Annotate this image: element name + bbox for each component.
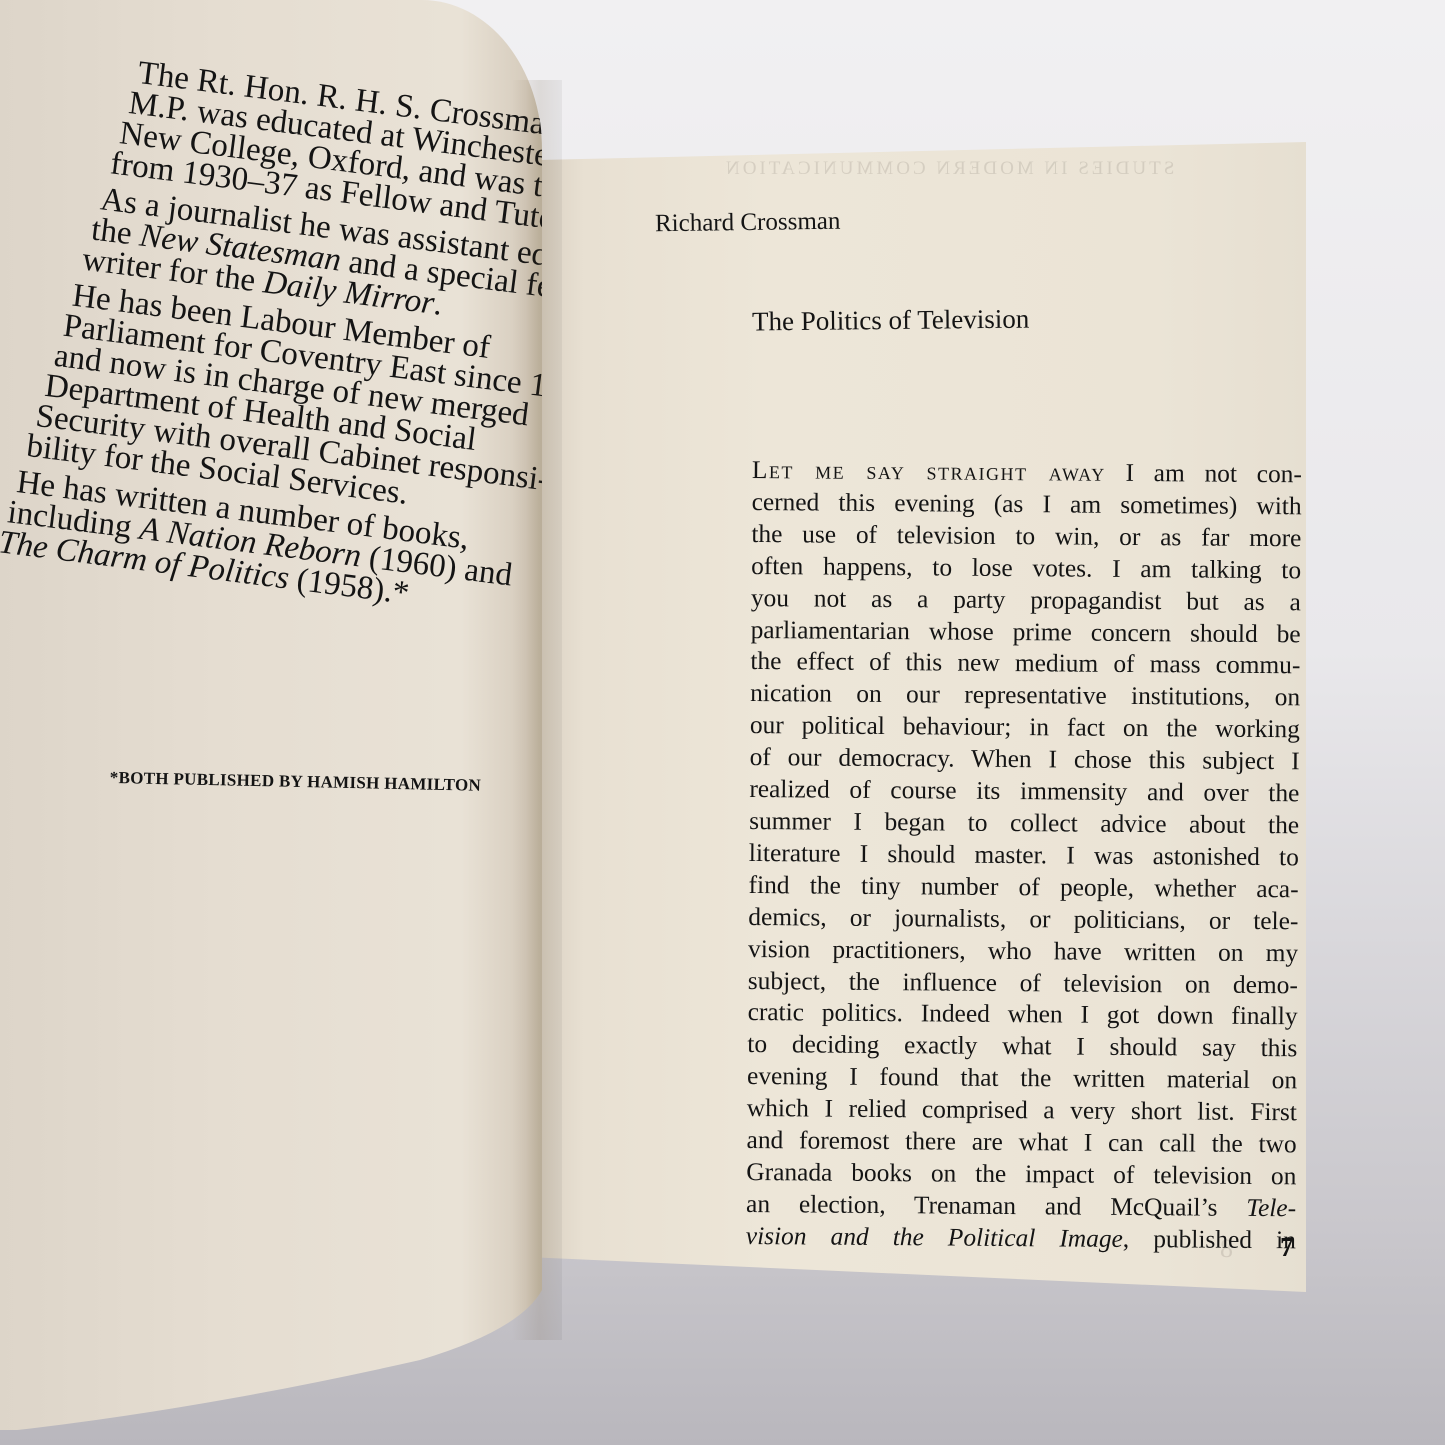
body-line: Let me say straight away I am not con- xyxy=(752,455,1302,491)
body-line: the use of television to win, or as far … xyxy=(751,519,1301,555)
body-line: nication on our representative instituti… xyxy=(750,678,1300,714)
text-run: literature I should master. I was astoni… xyxy=(749,839,1299,871)
body-line: to deciding exactly what I should say th… xyxy=(747,1029,1297,1065)
body-line: of our democracy. When I chose this subj… xyxy=(749,742,1299,778)
text-run: evening I found that the written materia… xyxy=(747,1062,1297,1094)
right-page: STUDIES IN MODERN COMMUNICATION 8 Richar… xyxy=(538,142,1306,1292)
text-run: of our democracy. When I chose this subj… xyxy=(750,743,1300,775)
text-run: you not as a party propagandist but as a xyxy=(751,584,1301,616)
opening-small-caps: Let me say straight away xyxy=(752,456,1106,487)
author-biography: The Rt. Hon. R. H. S. Crossman, P.C.,M.P… xyxy=(76,58,557,621)
text-run: find the tiny number of people, whether … xyxy=(749,871,1299,903)
body-line: summer I began to collect advice about t… xyxy=(749,806,1299,842)
text-run: an election, Trenaman and McQuail’s xyxy=(746,1190,1246,1222)
text-run: realized of course its immensity and ove… xyxy=(749,775,1299,807)
text-run: often happens, to lose votes. I am talki… xyxy=(751,552,1301,584)
text-run: which I relied comprised a very short li… xyxy=(747,1094,1297,1126)
body-line: often happens, to lose votes. I am talki… xyxy=(751,551,1301,587)
body-line: and foremost there are what I can call t… xyxy=(746,1125,1296,1161)
text-run: nication on our representative instituti… xyxy=(750,679,1300,711)
author-name: Richard Crossman xyxy=(655,208,841,239)
text-run: cerned this evening (as I am sometimes) … xyxy=(752,488,1302,520)
body-line: demics, or journalists, or politicians, … xyxy=(748,902,1298,938)
text-run: our political behaviour; in fact on the … xyxy=(750,711,1300,743)
chapter-body-text: Let me say straight away I am not con-ce… xyxy=(746,455,1302,1257)
body-line: an election, Trenaman and McQuail’s Tele… xyxy=(746,1189,1296,1225)
body-line: vision practitioners, who have written o… xyxy=(748,934,1298,970)
body-line: which I relied comprised a very short li… xyxy=(747,1093,1297,1129)
body-line: Granada books on the impact of televisio… xyxy=(746,1157,1296,1193)
text-run: summer I began to collect advice about t… xyxy=(749,807,1299,839)
text-run: I am not con- xyxy=(1106,459,1302,489)
left-page: The Rt. Hon. R. H. S. Crossman, P.C.,M.P… xyxy=(0,0,542,1430)
body-line: vision and the Political Image, publishe… xyxy=(746,1221,1296,1257)
italic-title: vision and the Political Image xyxy=(746,1222,1123,1253)
body-line: cratic politics. Indeed when I got down … xyxy=(747,997,1297,1033)
text-run: the use of television to win, or as far … xyxy=(751,520,1301,552)
body-line: literature I should master. I was astoni… xyxy=(749,838,1299,874)
text-run: cratic politics. Indeed when I got down … xyxy=(748,998,1298,1030)
body-line: find the tiny number of people, whether … xyxy=(748,870,1298,906)
chapter-title: The Politics of Television xyxy=(752,304,1030,338)
text-run: vision practitioners, who have written o… xyxy=(748,935,1298,967)
text-run: , published in xyxy=(1123,1225,1296,1254)
show-through-running-header: STUDIES IN MODERN COMMUNICATION xyxy=(723,158,1174,180)
body-line: evening I found that the written materia… xyxy=(747,1061,1297,1097)
body-line: the effect of this new medium of mass co… xyxy=(750,646,1300,682)
book-gutter xyxy=(512,80,562,1340)
body-line: parliamentarian whose prime concern shou… xyxy=(750,615,1300,651)
text-run: to deciding exactly what I should say th… xyxy=(747,1030,1297,1062)
page-number: 7 xyxy=(1280,1232,1294,1263)
publisher-footnote: *BOTH PUBLISHED BY HAMISH HAMILTON xyxy=(110,768,482,796)
italic-title: Tele- xyxy=(1246,1194,1296,1222)
text-run: parliamentarian whose prime concern shou… xyxy=(751,616,1301,648)
text-run: Granada books on the impact of televisio… xyxy=(746,1158,1296,1190)
body-line: you not as a party propagandist but as a xyxy=(751,583,1301,619)
open-book-photo: STUDIES IN MODERN COMMUNICATION 8 Richar… xyxy=(0,0,1445,1445)
text-run: and foremost there are what I can call t… xyxy=(747,1126,1297,1158)
body-line: subject, the influence of television on … xyxy=(748,965,1298,1001)
text-run: the effect of this new medium of mass co… xyxy=(750,647,1300,679)
body-line: realized of course its immensity and ove… xyxy=(749,774,1299,810)
body-line: our political behaviour; in fact on the … xyxy=(750,710,1300,746)
text-run: demics, or journalists, or politicians, … xyxy=(748,903,1298,935)
text-run: subject, the influence of television on … xyxy=(748,966,1298,998)
body-line: cerned this evening (as I am sometimes) … xyxy=(751,487,1301,523)
